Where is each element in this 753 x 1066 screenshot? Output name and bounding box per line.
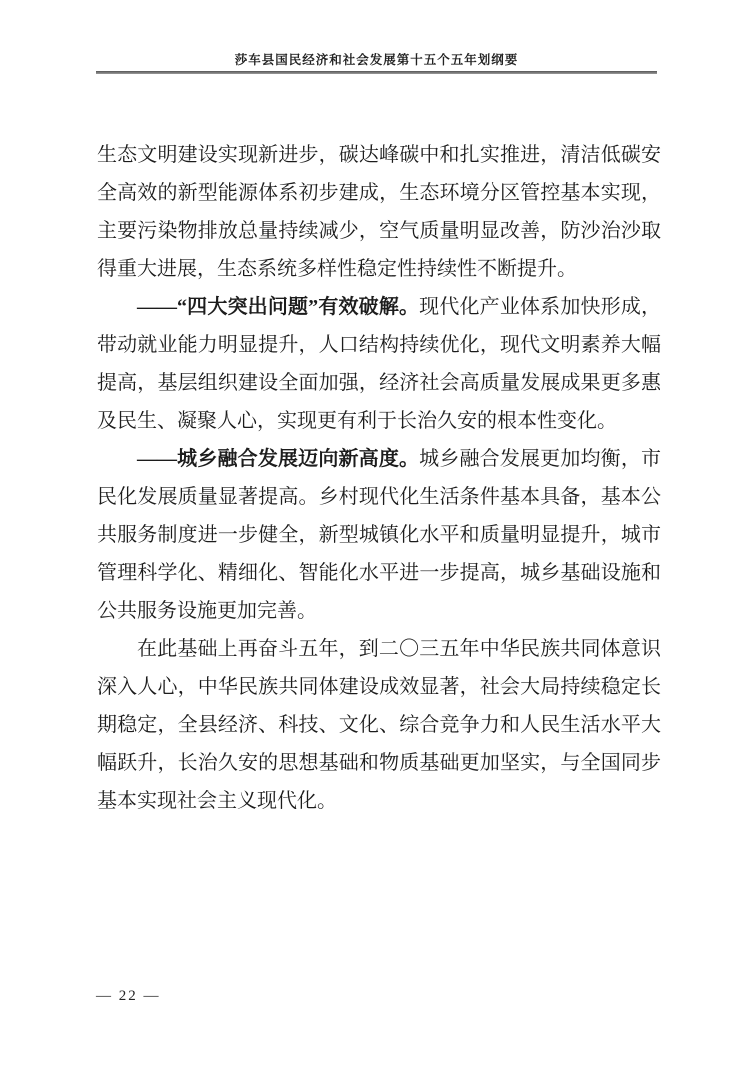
paragraph: ——城乡融合发展迈向新高度。城乡融合发展更加均衡，市民化发展质量显著提高。乡村现…: [97, 440, 661, 630]
paragraph-lead-bold: ——城乡融合发展迈向新高度。: [137, 448, 419, 470]
text-segment: 城乡融合发展更加均衡，市民化发展质量显著提高。乡村现代化生活条件基本具备，基本公…: [97, 448, 661, 622]
paragraph: 生态文明建设实现新进步，碳达峰碳中和扎实推进，清洁低碳安全高效的新型能源体系初步…: [97, 136, 661, 288]
header-divider: [96, 71, 657, 74]
header-title: 莎车县国民经济和社会发展第十五个五年划纲要: [96, 52, 657, 68]
text-segment: 在此基础上再奋斗五年，到二〇三五年中华民族共同体意识深入人心，中华民族共同体建设…: [97, 638, 661, 812]
text-segment: 生态文明建设实现新进步，碳达峰碳中和扎实推进，清洁低碳安全高效的新型能源体系初步…: [97, 144, 661, 280]
document-body: 生态文明建设实现新进步，碳达峰碳中和扎实推进，清洁低碳安全高效的新型能源体系初步…: [97, 136, 661, 820]
paragraph: 在此基础上再奋斗五年，到二〇三五年中华民族共同体意识深入人心，中华民族共同体建设…: [97, 630, 661, 820]
paragraph-lead-bold: ——“四大突出问题”有效破解。: [137, 296, 419, 318]
document-page: 莎车县国民经济和社会发展第十五个五年划纲要 生态文明建设实现新进步，碳达峰碳中和…: [0, 0, 753, 1066]
page-number: — 22 —: [96, 988, 161, 1005]
paragraph: ——“四大突出问题”有效破解。现代化产业体系加快形成，带动就业能力明显提升，人口…: [97, 288, 661, 440]
page-header: 莎车县国民经济和社会发展第十五个五年划纲要: [96, 52, 657, 74]
